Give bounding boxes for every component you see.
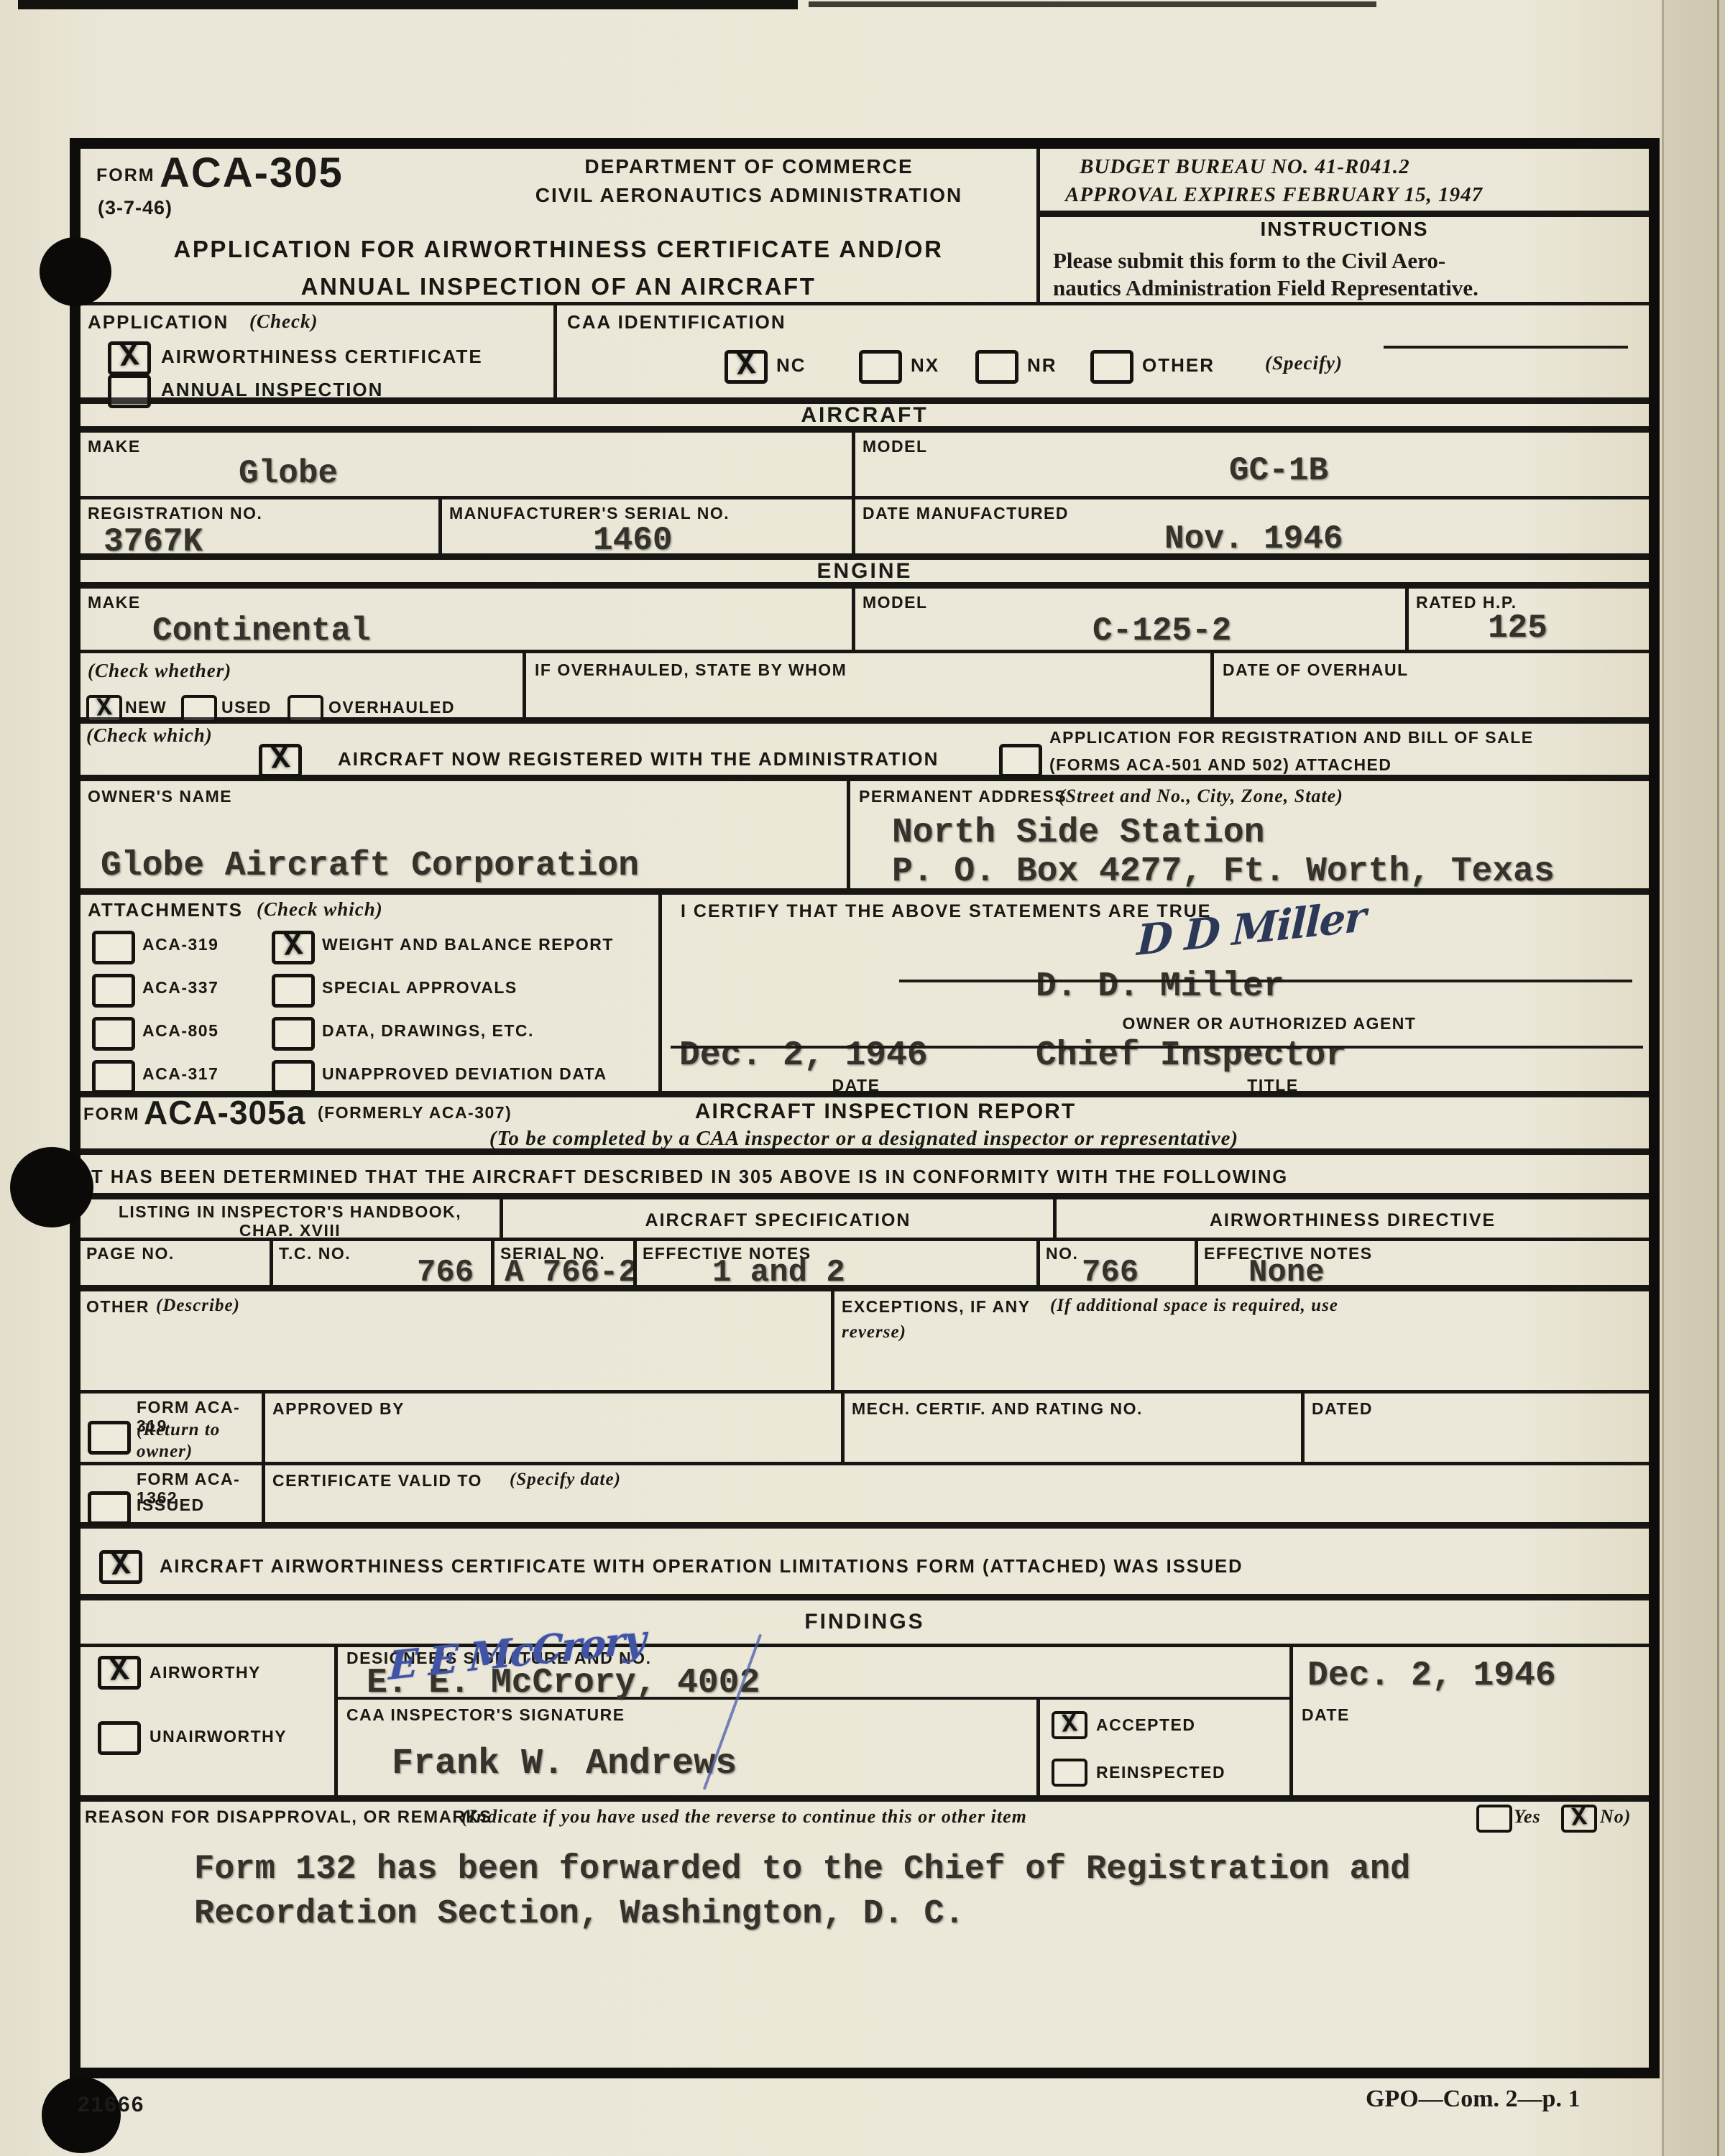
aca-1362-checkbox-cell: FORM ACA-1362 ISSUED bbox=[80, 1465, 262, 1522]
attachments-label: ATTACHMENTS bbox=[88, 899, 243, 921]
address-line2: P. O. Box 4277, Ft. Worth, Texas bbox=[892, 853, 1555, 891]
specify-date-italic: (Specify date) bbox=[510, 1469, 621, 1491]
serial-value: 1460 bbox=[593, 522, 672, 559]
reverse-no-checkbox[interactable]: X bbox=[1561, 1805, 1597, 1833]
check-mark: X bbox=[119, 338, 140, 376]
reinspected-checkbox[interactable] bbox=[1052, 1759, 1087, 1787]
ir-form-label: FORM bbox=[83, 1105, 140, 1125]
other-label: OTHER bbox=[1142, 354, 1215, 377]
form-aca-1362-checkbox[interactable] bbox=[88, 1491, 131, 1525]
designee-signature-cell: DESIGNEE'S SIGNATURE AND NO. E. E. McCro… bbox=[334, 1647, 1289, 1700]
spec-values-row: PAGE NO. T.C. NO. 766 SERIAL NO. A 766-2… bbox=[80, 1241, 1649, 1291]
form-title: APPLICATION FOR AIRWORTHINESS CERTIFICAT… bbox=[109, 235, 1008, 300]
application-label: APPLICATION bbox=[88, 311, 229, 333]
mech-certif-label: MECH. CERTIF. AND RATING NO. bbox=[852, 1399, 1143, 1418]
permanent-address-italic: (Street and No., City, Zone, State) bbox=[1059, 785, 1343, 807]
exceptions-cell: EXCEPTIONS, IF ANY (If additional space … bbox=[831, 1291, 1649, 1390]
findings-row-1: X AIRWORTHY DESIGNEE'S SIGNATURE AND NO.… bbox=[80, 1647, 1649, 1700]
overhaul-date-cell: DATE OF OVERHAUL bbox=[1210, 653, 1649, 717]
reason-italic: (Indicate if you have used the reverse t… bbox=[461, 1805, 1027, 1828]
aircraft-model-label: MODEL bbox=[862, 437, 928, 456]
reverse-no-label: No) bbox=[1600, 1805, 1631, 1828]
remarks-line2: Recordation Section, Washington, D. C. bbox=[194, 1892, 965, 1936]
title-line bbox=[931, 1046, 1643, 1049]
exceptions-label: EXCEPTIONS, IF ANY bbox=[842, 1297, 1031, 1316]
overhauled-by-cell: IF OVERHAULED, STATE BY WHOM bbox=[523, 653, 1210, 717]
other-specify-blank bbox=[1384, 346, 1628, 349]
ir-formerly-label: (FORMERLY ACA-307) bbox=[318, 1103, 512, 1122]
certificate-issued-checkbox[interactable]: X bbox=[99, 1550, 142, 1584]
instructions-line2: nautics Administration Field Representat… bbox=[1053, 275, 1649, 303]
aircraft-make-cell: MAKE Globe bbox=[80, 433, 852, 496]
engine-make-row: MAKE Continental MODEL C-125-2 RATED H.P… bbox=[80, 589, 1649, 653]
findings-section-title: FINDINGS bbox=[804, 1610, 924, 1634]
footer-gpo-imprint: GPO—Com. 2—p. 1 bbox=[1366, 2086, 1580, 2113]
effective-notes-cell: EFFECTIVE NOTES 1 and 2 bbox=[633, 1241, 1036, 1285]
tc-no-value: 766 bbox=[417, 1256, 474, 1290]
aircraft-spec-header: AIRCRAFT SPECIFICATION bbox=[503, 1210, 1053, 1231]
agency-line2: CIVIL AERONAUTICS ADMINISTRATION bbox=[483, 183, 1015, 208]
annual-inspection-label: ANNUAL INSPECTION bbox=[161, 379, 383, 401]
airworthiness-certificate-label: AIRWORTHINESS CERTIFICATE bbox=[161, 346, 483, 368]
owner-row: OWNER'S NAME Globe Aircraft Corporation … bbox=[80, 781, 1649, 895]
rated-hp-value: 125 bbox=[1488, 610, 1547, 647]
special-approvals-checkbox[interactable] bbox=[272, 974, 315, 1008]
nx-label: NX bbox=[911, 354, 939, 377]
caa-inspector-signature-cell: CAA INSPECTOR'S SIGNATURE Frank W. Andre… bbox=[334, 1700, 1036, 1795]
engine-model-value: C-125-2 bbox=[1092, 613, 1231, 650]
address-line1: North Side Station bbox=[892, 814, 1264, 852]
signature-line bbox=[899, 980, 1632, 982]
caa-inspector-signature-label: CAA INSPECTOR'S SIGNATURE bbox=[346, 1705, 625, 1724]
engine-section-title: ENGINE bbox=[816, 559, 912, 584]
form-aca-319-checkbox[interactable] bbox=[88, 1421, 131, 1455]
used-label: USED bbox=[221, 698, 272, 717]
handbook-header-line1: LISTING IN INSPECTOR'S HANDBOOK, bbox=[80, 1202, 500, 1221]
other-checkbox[interactable] bbox=[1090, 350, 1133, 384]
caa-inspector-signature-typed: Frank W. Andrews bbox=[392, 1744, 737, 1784]
determination-statement: IT HAS BEEN DETERMINED THAT THE AIRCRAFT… bbox=[85, 1166, 1288, 1189]
form-title-line2: ANNUAL INSPECTION OF AN AIRCRAFT bbox=[109, 272, 1008, 301]
aca-319-label: ACA-319 bbox=[142, 935, 218, 954]
header-left-cell: FORM ACA-305 (3-7-46) DEPARTMENT OF COMM… bbox=[80, 149, 1036, 302]
attachments-certification-row: ATTACHMENTS (Check which) ACA-319 X WEIG… bbox=[80, 895, 1649, 1097]
owner-line: owner) bbox=[137, 1441, 193, 1462]
registered-checkbox[interactable]: X bbox=[259, 744, 302, 778]
certificate-valid-label: CERTIFICATE VALID TO bbox=[272, 1471, 482, 1490]
application-cell: APPLICATION (Check) X AIRWORTHINESS CERT… bbox=[80, 305, 553, 397]
scan-edge-artifact bbox=[809, 1, 1376, 7]
findings-date-value: Dec. 2, 1946 bbox=[1307, 1657, 1556, 1695]
check-mark: X bbox=[282, 928, 304, 965]
owner-name-value: Globe Aircraft Corporation bbox=[101, 847, 639, 885]
data-drawings-label: DATA, DRAWINGS, ETC. bbox=[322, 1021, 534, 1040]
new-checkbox[interactable]: X bbox=[86, 695, 122, 723]
findings-date-cell: Dec. 2, 1946 bbox=[1289, 1647, 1649, 1700]
tc-no-label: T.C. NO. bbox=[279, 1244, 351, 1263]
directive-no-value: 766 bbox=[1082, 1256, 1138, 1290]
aca-305-form: FORM ACA-305 (3-7-46) DEPARTMENT OF COMM… bbox=[70, 138, 1660, 2078]
serial-cell: MANUFACTURER'S SERIAL NO. 1460 bbox=[438, 499, 852, 553]
reason-label: REASON FOR DISAPPROVAL, OR REMARKS bbox=[85, 1807, 492, 1828]
special-approvals-label: SPECIAL APPROVALS bbox=[322, 978, 517, 997]
mech-certif-cell: MECH. CERTIF. AND RATING NO. bbox=[841, 1393, 1301, 1462]
punch-hole bbox=[40, 237, 111, 306]
data-drawings-checkbox[interactable] bbox=[272, 1017, 315, 1051]
check-whether-label: (Check whether) bbox=[88, 659, 231, 682]
aca-337-checkbox[interactable] bbox=[92, 974, 135, 1008]
ir-subtitle: (To be completed by a CAA inspector or a… bbox=[145, 1126, 1583, 1151]
scanned-form-page: FORM ACA-305 (3-7-46) DEPARTMENT OF COMM… bbox=[0, 0, 1725, 2156]
accepted-checkbox[interactable]: X bbox=[1052, 1711, 1087, 1739]
annual-inspection-checkbox[interactable] bbox=[108, 374, 151, 408]
date-manufactured-cell: DATE MANUFACTURED Nov. 1946 bbox=[852, 499, 1649, 553]
aca-319-checkbox[interactable] bbox=[92, 931, 135, 964]
certification-cell: I CERTIFY THAT THE ABOVE STATEMENTS ARE … bbox=[658, 895, 1649, 1091]
serial-no-value: A 766-2 bbox=[505, 1256, 638, 1290]
registration-attached-line2: (FORMS ACA-501 AND 502) ATTACHED bbox=[1049, 755, 1392, 774]
aca-317-label: ACA-317 bbox=[142, 1064, 218, 1083]
engine-model-label: MODEL bbox=[862, 593, 928, 612]
determination-row: IT HAS BEEN DETERMINED THAT THE AIRCRAFT… bbox=[80, 1155, 1649, 1199]
serial-label: MANUFACTURER'S SERIAL NO. bbox=[449, 504, 730, 522]
findings-section-band: FINDINGS bbox=[80, 1600, 1649, 1647]
aca-319-return-checkbox-cell: FORM ACA-319 (Return to owner) bbox=[80, 1393, 262, 1462]
tc-no-cell: T.C. NO. 766 bbox=[270, 1241, 491, 1285]
instructions-box: INSTRUCTIONS Please submit this form to … bbox=[1040, 217, 1649, 303]
date-manufactured-value: Nov. 1946 bbox=[1164, 521, 1343, 558]
reinspected-label: REINSPECTED bbox=[1096, 1763, 1225, 1782]
check-mark: X bbox=[109, 1653, 130, 1690]
aircraft-make-label: MAKE bbox=[88, 437, 141, 456]
owner-name-label: OWNER'S NAME bbox=[88, 787, 232, 806]
airworthy-label: AIRWORTHY bbox=[149, 1663, 261, 1682]
aircraft-make-row: MAKE Globe MODEL GC-1B bbox=[80, 433, 1649, 499]
weight-balance-checkbox[interactable]: X bbox=[272, 931, 315, 964]
check-mark: X bbox=[110, 1547, 132, 1585]
page-edge-line bbox=[1717, 0, 1719, 2156]
rated-hp-cell: RATED H.P. 125 bbox=[1405, 589, 1649, 650]
overhauled-checkbox[interactable] bbox=[287, 695, 323, 723]
exceptions-italic-line1: (If additional space is required, use bbox=[1050, 1295, 1338, 1317]
application-row: APPLICATION (Check) X AIRWORTHINESS CERT… bbox=[80, 305, 1649, 404]
other-describe-cell: OTHER (Describe) bbox=[80, 1291, 831, 1393]
owner-name-cell: OWNER'S NAME Globe Aircraft Corporation bbox=[80, 781, 847, 888]
unapproved-deviation-label: UNAPPROVED DEVIATION DATA bbox=[322, 1064, 607, 1083]
aircraft-model-cell: MODEL GC-1B bbox=[852, 433, 1649, 496]
attachments-cell: ATTACHMENTS (Check which) ACA-319 X WEIG… bbox=[80, 895, 658, 1091]
overhaul-date-label: DATE OF OVERHAUL bbox=[1223, 660, 1409, 679]
handbook-header-cell: LISTING IN INSPECTOR'S HANDBOOK, CHAP. X… bbox=[80, 1199, 500, 1238]
reverse-yes-checkbox[interactable] bbox=[1476, 1805, 1512, 1833]
overhauled-label: OVERHAULED bbox=[328, 698, 455, 717]
approved-by-cell: APPROVED BY bbox=[262, 1393, 841, 1462]
nc-checkbox[interactable]: X bbox=[724, 350, 768, 384]
aircraft-section-band: AIRCRAFT bbox=[80, 404, 1649, 433]
ir-title: AIRCRAFT INSPECTION REPORT bbox=[526, 1099, 1245, 1125]
directive-no-cell: NO. 766 bbox=[1036, 1241, 1195, 1285]
aircraft-spec-header-cell: AIRCRAFT SPECIFICATION bbox=[500, 1199, 1053, 1238]
engine-make-label: MAKE bbox=[88, 593, 141, 612]
aca-805-checkbox[interactable] bbox=[92, 1017, 135, 1051]
effective-notes-value: 1 and 2 bbox=[712, 1256, 845, 1290]
form-header-row: FORM ACA-305 (3-7-46) DEPARTMENT OF COMM… bbox=[80, 149, 1649, 305]
issued-label: ISSUED bbox=[137, 1496, 205, 1514]
nc-label: NC bbox=[776, 354, 806, 377]
aircraft-make-value: Globe bbox=[239, 456, 338, 492]
check-mark: X bbox=[1570, 1802, 1588, 1833]
new-label: NEW bbox=[125, 698, 167, 717]
certify-statement: I CERTIFY THAT THE ABOVE STATEMENTS ARE … bbox=[681, 900, 1211, 922]
engine-make-cell: MAKE Continental bbox=[80, 589, 852, 650]
check-mark: X bbox=[735, 347, 757, 384]
other-describe-label: OTHER bbox=[86, 1297, 149, 1316]
date-manufactured-label: DATE MANUFACTURED bbox=[862, 504, 1069, 522]
check-mark: X bbox=[96, 693, 113, 723]
header-right-cell: BUDGET BUREAU NO. 41-R041.2 APPROVAL EXP… bbox=[1036, 149, 1649, 302]
airworthy-checkbox[interactable]: X bbox=[98, 1656, 141, 1690]
certificate-issued-row: X AIRCRAFT AIRWORTHINESS CERTIFICATE WIT… bbox=[80, 1529, 1649, 1600]
return-to-line: (Return to bbox=[137, 1419, 220, 1441]
page-no-cell: PAGE NO. bbox=[80, 1241, 270, 1285]
form-revision: (3-7-46) bbox=[98, 196, 172, 219]
punch-hole bbox=[10, 1147, 93, 1227]
findings-row-2: UNAIRWORTHY CAA INSPECTOR'S SIGNATURE Fr… bbox=[80, 1700, 1649, 1802]
aca-319-return-row: FORM ACA-319 (Return to owner) APPROVED … bbox=[80, 1393, 1649, 1465]
instructions-line1: Please submit this form to the Civil Aer… bbox=[1053, 247, 1649, 275]
certificate-valid-cell: CERTIFICATE VALID TO (Specify date) bbox=[262, 1465, 1649, 1522]
scan-edge-artifact bbox=[18, 0, 798, 9]
inspection-report-header: FORM ACA-305a (FORMERLY ACA-307) AIRCRAF… bbox=[80, 1097, 1649, 1155]
reason-row: REASON FOR DISAPPROVAL, OR REMARKS (Indi… bbox=[80, 1802, 1649, 1833]
owner-agent-label: OWNER OR AUTHORIZED AGENT bbox=[971, 1014, 1568, 1033]
other-exceptions-row: OTHER (Describe) EXCEPTIONS, IF ANY (If … bbox=[80, 1291, 1649, 1393]
directive-no-label: NO. bbox=[1046, 1244, 1078, 1263]
handbook-header-line2: CHAP. XVIII bbox=[80, 1221, 500, 1240]
unapproved-deviation-checkbox[interactable] bbox=[272, 1060, 315, 1094]
check-mark: X bbox=[1061, 1709, 1078, 1739]
reverse-yes-label: Yes bbox=[1514, 1805, 1541, 1828]
budget-bureau-box: BUDGET BUREAU NO. 41-R041.2 APPROVAL EXP… bbox=[1040, 149, 1649, 217]
registered-label: AIRCRAFT NOW REGISTERED WITH THE ADMINIS… bbox=[338, 748, 939, 770]
nr-label: NR bbox=[1027, 354, 1057, 377]
exceptions-italic-line2: reverse) bbox=[842, 1322, 906, 1343]
footer-stamp-number: 21666 bbox=[78, 2093, 144, 2117]
permanent-address-label: PERMANENT ADDRESS bbox=[859, 787, 1067, 806]
registration-attached-checkbox[interactable] bbox=[999, 744, 1042, 778]
aca-1362-row: FORM ACA-1362 ISSUED CERTIFICATE VALID T… bbox=[80, 1465, 1649, 1529]
registration-value: 3767K bbox=[103, 524, 203, 561]
instructions-title: INSTRUCTIONS bbox=[1040, 217, 1649, 241]
agency-line1: DEPARTMENT OF COMMERCE bbox=[483, 155, 1015, 179]
registration-cell: REGISTRATION NO. 3767K bbox=[80, 499, 438, 553]
engine-model-cell: MODEL C-125-2 bbox=[852, 589, 1405, 650]
application-check-label: (Check) bbox=[249, 310, 318, 333]
findings-date2-label: DATE bbox=[1302, 1705, 1350, 1724]
owner-signature-typed: D. D. Miller bbox=[1036, 968, 1284, 1006]
dated-label: DATED bbox=[1312, 1399, 1373, 1418]
certify-title-value: Chief Inspector bbox=[1036, 1037, 1346, 1075]
page-edge-shadow bbox=[1662, 0, 1725, 2156]
check-mark: X bbox=[270, 741, 291, 778]
approved-by-label: APPROVED BY bbox=[272, 1399, 405, 1418]
nx-checkbox[interactable] bbox=[859, 350, 902, 384]
unairworthy-checkbox[interactable] bbox=[98, 1721, 141, 1755]
form-title-line1: APPLICATION FOR AIRWORTHINESS CERTIFICAT… bbox=[109, 235, 1008, 264]
registration-label: REGISTRATION NO. bbox=[88, 504, 262, 522]
registration-status-row: (Check which) X AIRCRAFT NOW REGISTERED … bbox=[80, 724, 1649, 781]
remarks-line1: Form 132 has been forwarded to the Chief… bbox=[194, 1848, 1410, 1892]
form-number: ACA-305 bbox=[160, 149, 344, 197]
check-which-label: (Check which) bbox=[86, 724, 213, 747]
findings-date2-cell: DATE bbox=[1289, 1700, 1649, 1795]
weight-balance-label: WEIGHT AND BALANCE REPORT bbox=[322, 935, 614, 954]
airworthiness-certificate-checkbox[interactable]: X bbox=[108, 341, 151, 375]
overhauled-by-label: IF OVERHAULED, STATE BY WHOM bbox=[535, 660, 847, 679]
unairworthy-label: UNAIRWORTHY bbox=[149, 1727, 287, 1746]
aca-805-label: ACA-805 bbox=[142, 1021, 218, 1040]
accepted-label: ACCEPTED bbox=[1096, 1715, 1196, 1734]
accepted-reinspected-cell: X ACCEPTED REINSPECTED bbox=[1036, 1700, 1289, 1795]
registration-attached-line1: APPLICATION FOR REGISTRATION AND BILL OF… bbox=[1049, 728, 1534, 747]
caa-identification-label: CAA IDENTIFICATION bbox=[567, 311, 786, 333]
directive-notes-cell: EFFECTIVE NOTES None bbox=[1195, 1241, 1649, 1285]
other-describe-italic: (Describe) bbox=[156, 1295, 240, 1317]
caa-identification-cell: CAA IDENTIFICATION X NC NX NR OTHER (Spe… bbox=[553, 305, 1649, 397]
spec-header-row: LISTING IN INSPECTOR'S HANDBOOK, CHAP. X… bbox=[80, 1199, 1649, 1241]
aca-337-label: ACA-337 bbox=[142, 978, 218, 997]
certify-date-value: Dec. 2, 1946 bbox=[679, 1037, 928, 1075]
check-whether-cell: (Check whether) X NEW USED OVERHAULED bbox=[80, 653, 523, 717]
attachments-check-which-label: (Check which) bbox=[257, 898, 383, 921]
owner-address-cell: PERMANENT ADDRESS (Street and No., City,… bbox=[847, 781, 1649, 888]
certificate-issued-label: AIRCRAFT AIRWORTHINESS CERTIFICATE WITH … bbox=[160, 1556, 1243, 1578]
form-number-label: FORM bbox=[96, 165, 155, 186]
aircraft-section-title: AIRCRAFT bbox=[801, 403, 928, 428]
agency-name: DEPARTMENT OF COMMERCE CIVIL AERONAUTICS… bbox=[483, 155, 1015, 207]
serial-no-cell: SERIAL NO. A 766-2 bbox=[491, 1241, 633, 1285]
certify-title-label: TITLE bbox=[1165, 1076, 1381, 1095]
aircraft-model-value: GC-1B bbox=[1229, 453, 1328, 489]
engine-make-value: Continental bbox=[152, 613, 371, 650]
aca-317-checkbox[interactable] bbox=[92, 1060, 135, 1094]
used-checkbox[interactable] bbox=[181, 695, 217, 723]
directive-notes-value: None bbox=[1248, 1256, 1325, 1290]
budget-bureau-line1: BUDGET BUREAU NO. 41-R041.2 bbox=[1080, 155, 1649, 180]
engine-condition-row: (Check whether) X NEW USED OVERHAULED IF… bbox=[80, 653, 1649, 724]
aircraft-registration-row: REGISTRATION NO. 3767K MANUFACTURER'S SE… bbox=[80, 499, 1649, 560]
certify-date-label: DATE bbox=[748, 1076, 964, 1095]
airworthiness-directive-header: AIRWORTHINESS DIRECTIVE bbox=[1057, 1210, 1649, 1231]
engine-section-band: ENGINE bbox=[80, 560, 1649, 589]
airworthiness-directive-header-cell: AIRWORTHINESS DIRECTIVE bbox=[1053, 1199, 1649, 1238]
other-specify-label: (Specify) bbox=[1265, 351, 1343, 374]
dated-cell: DATED bbox=[1301, 1393, 1649, 1462]
remarks-area: Form 132 has been forwarded to the Chief… bbox=[80, 1833, 1649, 2068]
nr-checkbox[interactable] bbox=[975, 350, 1018, 384]
budget-bureau-line2: APPROVAL EXPIRES FEBRUARY 15, 1947 bbox=[1065, 183, 1649, 208]
page-no-label: PAGE NO. bbox=[86, 1244, 175, 1263]
